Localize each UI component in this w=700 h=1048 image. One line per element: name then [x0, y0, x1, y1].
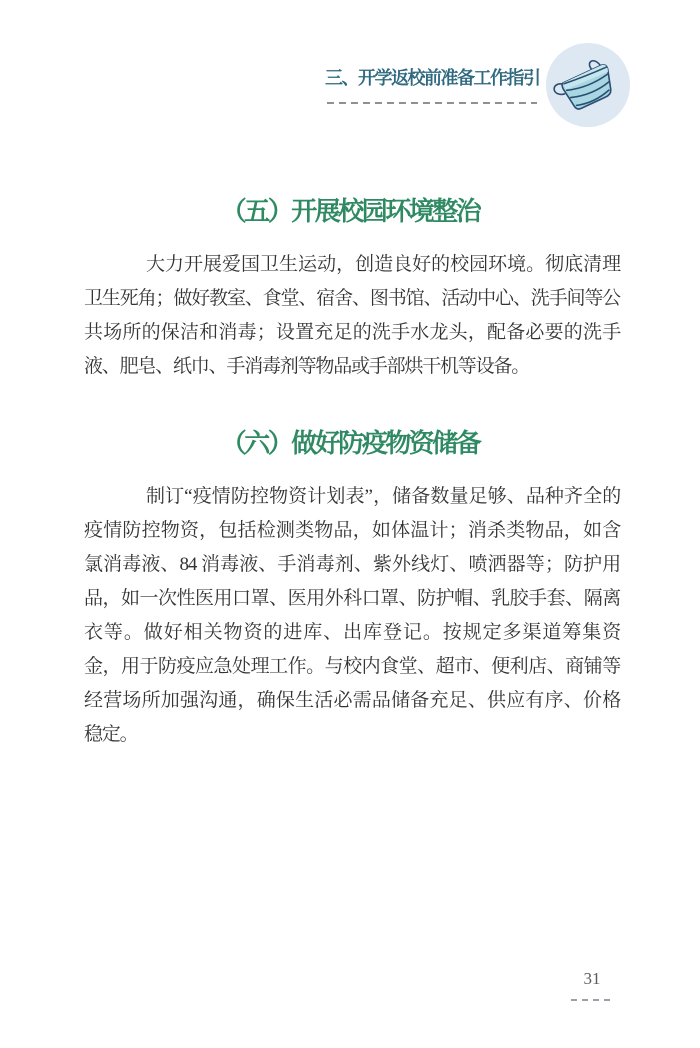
paragraph-line: 氯消毒液、84 消毒液、手消毒剂、紫外线灯、喷洒器等；防护用	[84, 548, 620, 582]
page-number: 31	[558, 969, 626, 989]
paragraph-line: 金，用于防疫应急处理工作。与校内食堂、超市、便利店、商铺等	[84, 650, 620, 684]
paragraph-line: 共场所的保洁和消毒；设置充足的洗手水龙头，配备必要的洗手	[84, 316, 620, 350]
paragraph-line: 品，如一次性医用口罩、医用外科口罩、防护帽、乳胶手套、隔离	[84, 582, 620, 616]
section-six-title: （六）做好防疫物资储备	[0, 426, 700, 462]
section-five-paragraph: 大力开展爱国卫生运动，创造良好的校园环境。彻底清理 卫生死角；做好教室、食堂、宿…	[84, 248, 620, 384]
document-page: 三、开学返校前准备工作指引 （五）开展校园环境整治 大力开展爱国卫生运动，创造良…	[0, 0, 700, 1048]
paragraph-line: 疫情防控物资，包括检测类物品，如体温计；消杀类物品，如含	[84, 514, 620, 548]
chapter-header-title: 三、开学返校前准备工作指引	[325, 64, 540, 92]
footer-dashed-line	[571, 999, 612, 1001]
paragraph-line: 大力开展爱国卫生运动，创造良好的校园环境。彻底清理	[84, 248, 620, 282]
paragraph-line: 制订“疫情防控物资计划表”，储备数量足够、品种齐全的	[84, 480, 620, 514]
paragraph-line: 经营场所加强沟通，确保生活必需品储备充足、供应有序、价格	[84, 684, 620, 718]
paragraph-line: 卫生死角；做好教室、食堂、宿舍、图书馆、活动中心、洗手间等公	[84, 282, 620, 316]
header-dashed-line	[327, 102, 537, 104]
section-five-title: （五）开展校园环境整治	[0, 194, 700, 230]
face-mask-icon	[546, 43, 630, 127]
paragraph-line: 液、肥皂、纸巾、手消毒剂等物品或手部烘干机等设备。	[84, 350, 620, 384]
section-six-paragraph: 制订“疫情防控物资计划表”，储备数量足够、品种齐全的 疫情防控物资，包括检测类物…	[84, 480, 620, 752]
paragraph-line: 衣等。做好相关物资的进库、出库登记。按规定多渠道筹集资	[84, 616, 620, 650]
paragraph-line: 稳定。	[84, 718, 620, 752]
